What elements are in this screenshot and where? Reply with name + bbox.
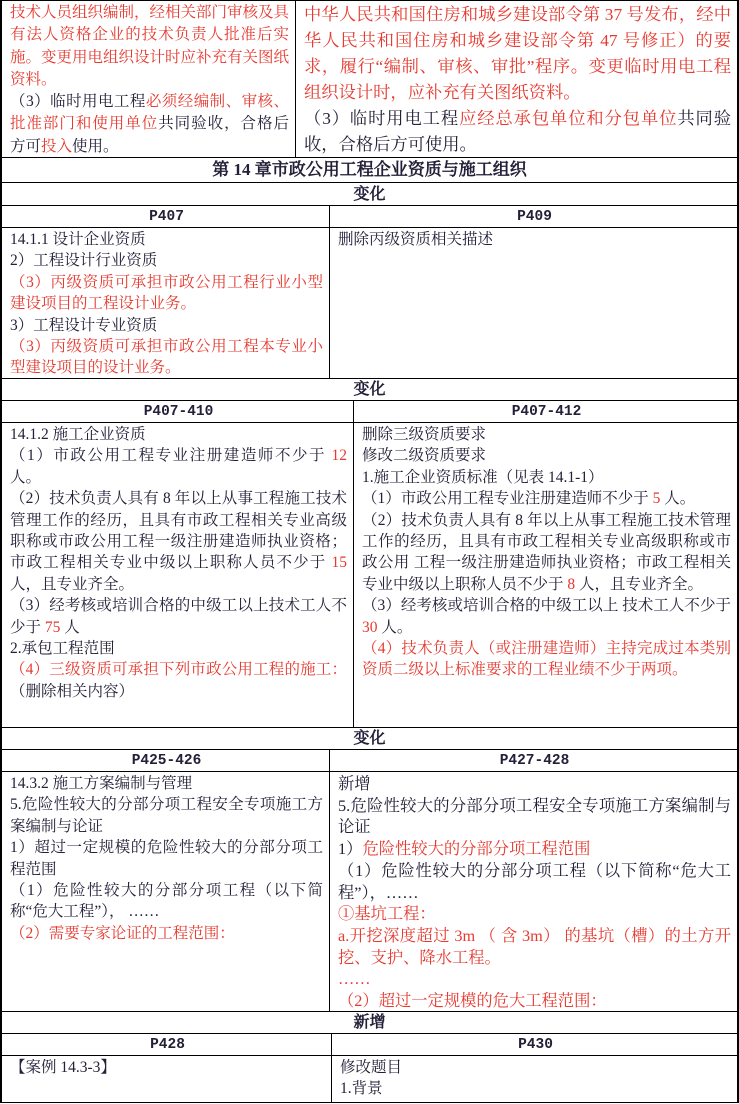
paragraph: （3）经考核或培训合格的中级工以上技术工人不少于 75 人 [10,595,347,638]
text-run: 2.承包工程范围 [10,640,115,657]
page-row-2-cell-left: P407-410 [2,401,354,422]
text-run: 修改二级资质要求 [362,447,486,464]
changed-text: 中华人民共和国住房和城乡建设部令第 37 号发布，经中华人民共和国住房和城乡建设… [304,5,731,102]
change-label-1: 变化 [2,183,737,206]
text-run: 人 [60,619,79,636]
changed-text: （3）丙级资质可承担市政公用工程行业小型建设项目的工程设计业务。 [10,274,323,312]
text-run: 修改题目 [340,1059,402,1076]
paragraph: （4）技术负责人（或注册建造师）主持完成过本类别资质二级以上标准要求的工程业绩不… [362,638,731,681]
row-construction-scheme-cell-right: 新增5.危险性较大的分部分项工程安全专项施工方案编制与论证1）危险性较大的分部分… [330,772,737,1011]
changed-text: ①基坑工程： [338,904,436,923]
changed-text: 应经总承包单位和分包单位 [459,109,677,128]
page-row-2: P407-410P407-412 [2,401,737,423]
row-temp-electric-design-cell-right: 中华人民共和国住房和城乡建设部令第 37 号发布，经中华人民共和国住房和城乡建设… [296,1,737,157]
change-label-3: 变化 [2,728,737,750]
text-run: （2）技术负责人具有 8 年以上从事工程施工技术管理工作的经历，且具有市政工程相… [10,490,347,571]
page-row-4: P428P430 [2,1034,737,1056]
text-run: 【案例 14.3-3】 [10,1059,116,1076]
text-run: （1）市政公用工程专业注册建造师不少于 [10,447,332,464]
row-construction-qualification: 14.1.2 施工企业资质（1）市政公用工程专业注册建造师不少于 12 人。（2… [2,423,737,728]
changed-text: …… [338,969,371,988]
paragraph: 【案例 14.3-3】 [10,1057,325,1078]
page-row-3: P425-426P427-428 [2,750,737,772]
paragraph: （1）市政公用工程专业注册建造师不少于 5 人。 [362,488,731,509]
paragraph: （2）技术负责人具有 8 年以上从事工程施工技术管理工作的经历，且具有市政工程相… [362,510,731,596]
paragraph: 1）超过一定规模的危险性较大的分部分项工程范围 [10,837,323,880]
changed-text: 12 [332,447,348,464]
paragraph: 技术人员组织编制，经相关部门审核及具有法人资格企业的技术负责人批准后实施。变更用… [10,2,289,91]
change-label-3-text: 变化 [2,728,737,749]
changed-text: （2）超过一定规模的危大工程范围： [338,991,607,1010]
page-row-4-cell-left: P428 [2,1034,332,1055]
page-row-1: P407P409 [2,206,737,228]
paragraph: ①基坑工程： [338,903,731,925]
text-run: 1.施工企业资质标准（见表 14.1-1） [362,469,604,486]
paragraph: （1）危险性较大的分部分项工程（以下简称“危大工程”）， …… [10,880,323,923]
text-run: 1.背景 [340,1080,383,1097]
paragraph: 修改题目 [340,1057,731,1078]
changed-text: （2）需要专家论证的工程范围： [10,925,235,942]
text-run: 人。 [10,469,41,486]
paragraph: （2）需要专家论证的工程范围： [10,923,323,944]
changed-text: （4）技术负责人（或注册建造师）主持完成过本类别资质二级以上标准要求的工程业绩不… [362,640,731,678]
paragraph: （1）危险性较大的分部分项工程（以下简称“危大工程”），…… [338,860,731,903]
page-row-2-cell-right: P407-412 [354,401,737,422]
changed-text: 15 [332,554,348,571]
text-run: 新增 [338,774,371,793]
text-run: 14.1.2 施工企业资质 [10,426,146,443]
chapter-header-text: 第 14 章市政公用工程企业资质与施工组织 [2,158,737,182]
row-temp-electric-design: 技术人员组织编制，经相关部门审核及具有法人资格企业的技术负责人批准后实施。变更用… [2,1,737,158]
changed-text: 30 [362,619,378,636]
paragraph: 5.危险性较大的分部分项工程安全专项施工方案编制与论证 [10,794,323,837]
text-run: 人。 [378,619,413,636]
text-run: 1） [338,839,362,858]
page-row-1-cell-right: P409 [330,206,737,227]
page-row-3-cell-left: P425-426 [2,750,330,771]
paragraph: （2）技术负责人具有 8 年以上从事工程施工技术管理工作的经历，且具有市政工程相… [10,488,347,595]
text-run: 1）超过一定规模的危险性较大的分部分项工程范围 [10,839,323,877]
text-run: （1）市政公用工程专业注册建造师不少于 [362,490,653,507]
text-run: 5.危险性较大的分部分项工程安全专项施工方案编制与论证 [10,796,323,834]
text-run: 人，且专业齐全。 [575,576,703,593]
new-label-text: 新增 [2,1012,737,1033]
paragraph: 14.1.2 施工企业资质 [10,424,347,445]
paragraph: 删除丙级资质相关描述 [338,229,731,250]
text-run: 3）工程设计专业资质 [10,317,157,334]
paragraph: 1.背景 [340,1078,731,1099]
paragraph: …… [338,968,731,990]
text-run: 删除丙级资质相关描述 [338,231,493,248]
paragraph: （1）市政公用工程专业注册建造师不少于 12 人。 [10,445,347,488]
text-run: （1）危险性较大的分部分项工程（以下简称“危大工程”）， …… [10,882,323,920]
paragraph: （3）临时用电工程应经总承包单位和分包单位共同验收，合格后方可使用。 [304,106,731,157]
change-label-1-text: 变化 [2,184,737,205]
changed-text: 危险性较大的分部分项工程范围 [362,839,590,858]
row-construction-qualification-cell-left: 14.1.2 施工企业资质（1）市政公用工程专业注册建造师不少于 12 人。（2… [2,423,354,727]
paragraph: 中华人民共和国住房和城乡建设部令第 37 号发布，经中华人民共和国住房和城乡建设… [304,2,731,106]
text-run: 2）工程设计行业资质 [10,252,157,269]
paragraph: 修改二级资质要求 [362,445,731,466]
row-construction-qualification-cell-right: 删除三级资质要求修改二级资质要求1.施工企业资质标准（见表 14.1-1）（1）… [354,423,737,727]
text-run: 5.危险性较大的分部分项工程安全专项施工方案编制与论证 [338,796,731,837]
text-run: 使用。 [72,138,119,155]
row-design-qualification: 14.1.1 设计企业资质2）工程设计行业资质（3）丙级资质可承担市政公用工程行… [2,228,737,379]
paragraph: （4）三级资质可承担下列市政公用工程的施工：（删除相关内容） [10,659,347,702]
row-temp-electric-design-cell-left: 技术人员组织编制，经相关部门审核及具有法人资格企业的技术负责人批准后实施。变更用… [2,1,296,157]
paragraph: 新增 [338,773,731,795]
paragraph: 5.危险性较大的分部分项工程安全专项施工方案编制与论证 [338,795,731,838]
row-construction-scheme-cell-left: 14.3.2 施工方案编制与管理5.危险性较大的分部分项工程安全专项施工方案编制… [2,772,330,1011]
text-run: （3）经考核或培训合格的中级工以上 技术工人不少于 [362,597,731,614]
paragraph: 1）危险性较大的分部分项工程范围 [338,838,731,860]
changed-text: 8 [567,576,575,593]
paragraph: （3）经考核或培训合格的中级工以上 技术工人不少于 30 人。 [362,595,731,638]
changed-text: 技术人员组织编制，经相关部门审核及具有法人资格企业的技术负责人批准后实施。变更用… [10,4,289,88]
row-construction-scheme: 14.3.2 施工方案编制与管理5.危险性较大的分部分项工程安全专项施工方案编制… [2,772,737,1012]
chapter-header: 第 14 章市政公用工程企业资质与施工组织 [2,158,737,183]
changed-text: 75 [45,619,61,636]
paragraph: 14.3.2 施工方案编制与管理 [10,773,323,794]
row-case-cell-left: 【案例 14.3-3】 [2,1056,332,1102]
new-label: 新增 [2,1012,737,1034]
text-run: 14.1.1 设计企业资质 [10,231,146,248]
page-row-4-cell-right: P430 [332,1034,737,1055]
paragraph: （3）丙级资质可承担市政公用工程本专业小型建设项目的设计业务。 [10,336,323,378]
changed-text: 投入 [41,138,72,155]
paragraph: （3）临时用电工程必须经编制、审核、批准部门和使用单位共同验收，合格后方可投入使… [10,91,289,157]
paragraph: （2）超过一定规模的危大工程范围： [338,990,731,1011]
text-run: 人，且专业齐全。 [10,576,134,593]
row-design-qualification-cell-left: 14.1.1 设计企业资质2）工程设计行业资质（3）丙级资质可承担市政公用工程行… [2,228,330,378]
page-row-3-cell-right: P427-428 [330,750,737,771]
row-design-qualification-cell-right: 删除丙级资质相关描述 [330,228,737,378]
text-run: （3）临时用电工程 [10,93,146,110]
text-run: （1）危险性较大的分部分项工程（以下简称“危大工程”），…… [338,861,731,902]
text-run: （删除相关内容） [10,683,134,700]
paragraph: 2.承包工程范围 [10,638,347,659]
page-row-1-cell-left: P407 [2,206,330,227]
paragraph: 删除三级资质要求 [362,424,731,445]
changed-text: a.开挖深度超过 3m （ 含 3m） 的基坑（槽）的土方开挖、支护、降水工程。 [338,926,731,967]
comparison-table: 技术人员组织编制，经相关部门审核及具有法人资格企业的技术负责人批准后实施。变更用… [0,0,739,1103]
changed-text: （3）丙级资质可承担市政公用工程本专业小型建设项目的设计业务。 [10,338,323,376]
paragraph: （3）丙级资质可承担市政公用工程行业小型建设项目的工程设计业务。 [10,272,323,315]
change-label-2-text: 变化 [2,379,737,400]
row-case-cell-right: 修改题目1.背景 [332,1056,737,1102]
paragraph: 3）工程设计专业资质 [10,315,323,336]
change-label-2: 变化 [2,379,737,401]
text-run: （3）临时用电工程 [304,109,459,128]
paragraph: 2）工程设计行业资质 [10,250,323,271]
text-run: 删除三级资质要求 [362,426,486,443]
changed-text: （4）三级资质可承担下列市政公用工程的施工： [10,661,347,678]
paragraph: 14.1.1 设计企业资质 [10,229,323,250]
text-run: 人。 [660,490,695,507]
paragraph: a.开挖深度超过 3m （ 含 3m） 的基坑（槽）的土方开挖、支护、降水工程。 [338,925,731,968]
row-case: 【案例 14.3-3】修改题目1.背景 [2,1056,737,1103]
paragraph: 1.施工企业资质标准（见表 14.1-1） [362,467,731,488]
text-run: 14.3.2 施工方案编制与管理 [10,775,192,792]
document-page: 技术人员组织编制，经相关部门审核及具有法人资格企业的技术负责人批准后实施。变更用… [0,0,739,1104]
